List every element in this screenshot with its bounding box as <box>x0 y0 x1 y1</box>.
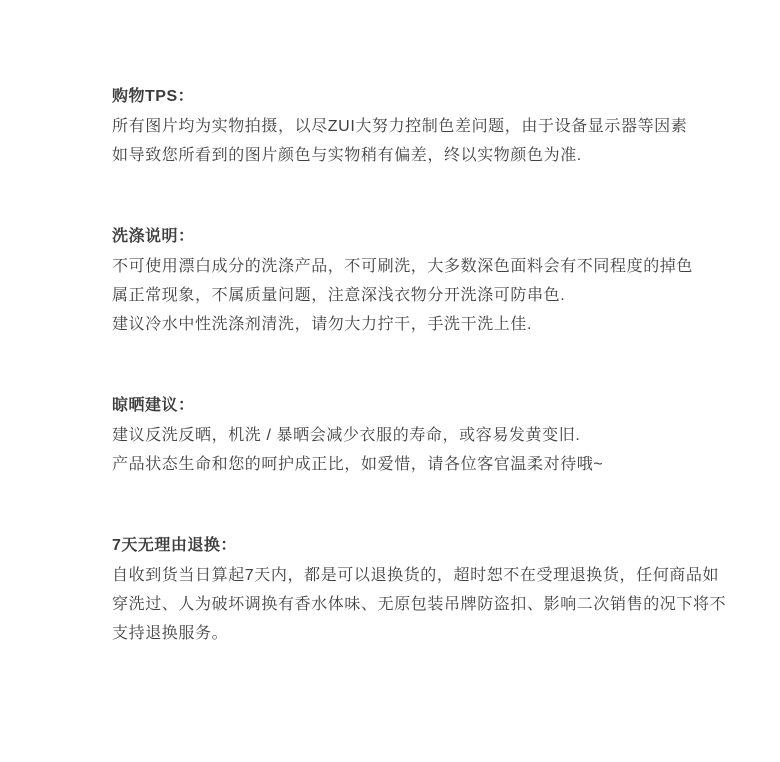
section-return-policy: 7天无理由退换： 自收到货当日算起7天内，都是可以退换货的，超时恕不在受理退换货… <box>112 535 692 648</box>
text-line: 所有图片均为实物拍摄，以尽ZUI大努力控制色差问题，由于设备显示器等因素 <box>112 112 692 141</box>
text-line: 支持退换服务。 <box>112 619 692 648</box>
product-notes-panel: 购物TPS： 所有图片均为实物拍摄，以尽ZUI大努力控制色差问题，由于设备显示器… <box>112 86 692 648</box>
section-title: 洗涤说明： <box>112 226 692 248</box>
section-drying-advice: 晾晒建议： 建议反洗反晒，机洗 / 暴晒会减少衣服的寿命，或容易发黄变旧. 产品… <box>112 395 692 479</box>
section-title: 购物TPS： <box>112 86 692 108</box>
text-line: 穿洗过、人为破坏调换有香水体味、无原包装吊牌防盗扣、影响二次销售的况下将不 <box>112 590 692 619</box>
text-line: 不可使用漂白成分的洗涤产品，不可刷洗，大多数深色面料会有不同程度的掉色 <box>112 252 692 281</box>
text-line: 建议冷水中性洗涤剂清洗，请勿大力拧干，手洗干洗上佳. <box>112 310 692 339</box>
text-line: 建议反洗反晒，机洗 / 暴晒会减少衣服的寿命，或容易发黄变旧. <box>112 421 692 450</box>
section-title: 晾晒建议： <box>112 395 692 417</box>
text-line: 自收到货当日算起7天内，都是可以退换货的，超时恕不在受理退换货，任何商品如 <box>112 561 692 590</box>
section-washing-instructions: 洗涤说明： 不可使用漂白成分的洗涤产品，不可刷洗，大多数深色面料会有不同程度的掉… <box>112 226 692 339</box>
text-line: 如导致您所看到的图片颜色与实物稍有偏差，终以实物颜色为准. <box>112 141 692 170</box>
section-title: 7天无理由退换： <box>112 535 692 557</box>
text-line: 产品状态生命和您的呵护成正比，如爱惜，请各位客官温柔对待哦~ <box>112 450 692 479</box>
product-description-page: { "page": { "background": "#ffffff", "te… <box>0 0 780 762</box>
section-shopping-tips: 购物TPS： 所有图片均为实物拍摄，以尽ZUI大努力控制色差问题，由于设备显示器… <box>112 86 692 170</box>
text-line: 属正常现象，不属质量问题，注意深浅衣物分开洗涤可防串色. <box>112 281 692 310</box>
